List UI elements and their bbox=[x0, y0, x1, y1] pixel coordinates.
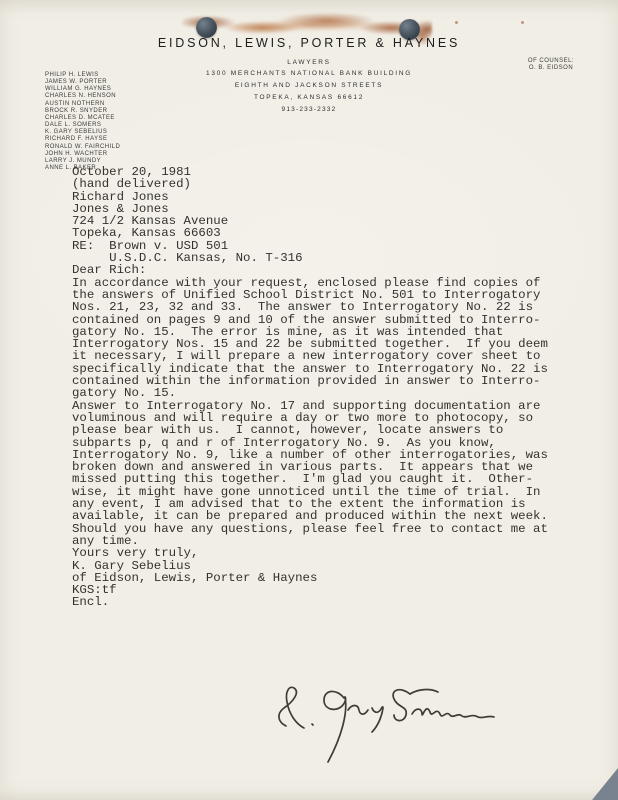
firm-address-line: EIGHTH AND JACKSON STREETS bbox=[0, 82, 618, 89]
brad-fastener-icon bbox=[196, 17, 217, 38]
signature-typed-name: K. Gary Sebelius of Eidson, Lewis, Porte… bbox=[72, 560, 602, 585]
attorney-name: DALE L. SOMERS bbox=[45, 122, 120, 129]
body-paragraph: In accordance with your request, enclose… bbox=[72, 277, 602, 400]
stain-speck bbox=[455, 21, 458, 24]
body-paragraph: Answer to Interrogatory No. 17 and suppo… bbox=[72, 400, 602, 523]
of-counsel-block: OF COUNSEL: O. B. EIDSON bbox=[516, 58, 586, 72]
of-counsel-label: OF COUNSEL: bbox=[516, 58, 586, 65]
attorney-name: JOHN H. WACHTER bbox=[45, 151, 120, 158]
salutation: Dear Rich: bbox=[72, 264, 602, 276]
attorney-name: CHARLES D. MCATEE bbox=[45, 115, 120, 122]
attorney-name: RONALD W. FAIRCHILD bbox=[45, 144, 120, 151]
stain-speck bbox=[521, 21, 524, 24]
attorney-name: LARRY J. MUNDY bbox=[45, 158, 120, 165]
letter-page: PHILIP H. LEWIS JAMES W. PORTER WILLIAM … bbox=[0, 0, 618, 800]
reference-initials: KGS:tf Encl. bbox=[72, 584, 602, 609]
firm-phone: 913-233-2332 bbox=[0, 106, 618, 113]
recipient-address: Richard Jones Jones & Jones 724 1/2 Kans… bbox=[72, 191, 602, 240]
of-counsel-name: O. B. EIDSON bbox=[516, 65, 586, 72]
page-corner-fold bbox=[592, 768, 618, 800]
firm-name: EIDSON, LEWIS, PORTER & HAYNES bbox=[0, 36, 618, 50]
closing-line: Yours very truly, bbox=[72, 547, 602, 559]
firm-address-line: TOPEKA, KANSAS 66612 bbox=[0, 94, 618, 101]
body-paragraph: Should you have any questions, please fe… bbox=[72, 523, 602, 548]
attorney-name: K. GARY SEBELIUS bbox=[45, 129, 120, 136]
date-line: October 20, 1981 (hand delivered) bbox=[72, 166, 602, 191]
attorney-name: RICHARD F. HAYSE bbox=[45, 136, 120, 143]
re-line: RE: Brown v. USD 501 U.S.D.C. Kansas, No… bbox=[72, 240, 602, 265]
letter-body: October 20, 1981 (hand delivered) Richar… bbox=[72, 166, 602, 609]
handwritten-signature bbox=[272, 682, 522, 774]
